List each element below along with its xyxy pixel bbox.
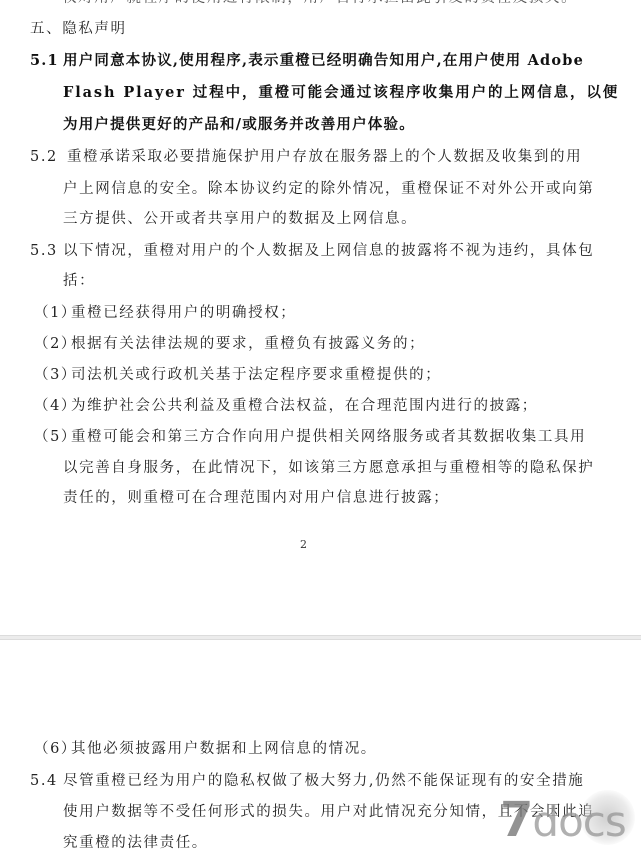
list-item-text: 为维护社会公共利益及重橙合法权益，在合理范围内进行的披露； <box>71 396 538 416</box>
cut-off-line: 权对用户就程序的使用进行限制，用户自行承担由此引发的责任及损失。 <box>62 0 577 8</box>
clause-number: 5.3 <box>30 241 58 261</box>
clause-number: 5.2 <box>30 147 58 167</box>
clause-text-line: 使用户数据等不受任何形式的损失。用户对此情况充分知情，且不会因此追 <box>63 802 594 822</box>
clause-number: 5.1 <box>30 51 59 71</box>
clause-text-line: 括： <box>63 271 95 291</box>
list-item-text: 根据有关法律法规的要求，重橙负有披露义务的； <box>71 334 425 354</box>
page-number: 2 <box>300 538 307 551</box>
document-page-2: （6） 其他必须披露用户数据和上网信息的情况。 5.4 尽管重橙已经为用户的隐私… <box>0 640 641 856</box>
list-item-text: 重橙可能会和第三方合作向用户提供相关网络服务或者其数据收集工具用 <box>71 427 586 447</box>
clause-text-line: Flash Player 过程中，重橙可能会通过该程序收集用户的上网信息，以便 <box>63 83 619 103</box>
list-item-text: 责任的，则重橙可在合理范围内对用户信息进行披露； <box>63 488 449 508</box>
list-item-text: 重橙已经获得用户的明确授权； <box>71 303 296 323</box>
list-item-text: 其他必须披露用户数据和上网信息的情况。 <box>71 739 377 759</box>
clause-text-line: 用户同意本协议,使用程序,表示重橙已经明确告知用户,在用户使用 Adobe <box>63 51 584 71</box>
document-page-1: 权对用户就程序的使用进行限制，用户自行承担由此引发的责任及损失。 五、隐私声明 … <box>0 0 641 635</box>
list-item-text: 以完善自身服务，在此情况下，如该第三方愿意承担与重橙相等的隐私保护 <box>63 458 594 478</box>
clause-text-line: 尽管重橙已经为用户的隐私权做了极大努力,仍然不能保证现有的安全措施 <box>63 771 584 791</box>
section-heading: 五、隐私声明 <box>30 19 127 39</box>
clause-text-line: 户上网信息的安全。除本协议约定的除外情况，重橙保证不对外公开或向第 <box>63 179 594 199</box>
clause-text-line: 以下情况，重橙对用户的个人数据及上网信息的披露将不视为违约，具体包 <box>63 241 594 261</box>
clause-text-line: 究重橙的法律责任。 <box>63 833 208 853</box>
list-item-text: 司法机关或行政机关基于法定程序要求重橙提供的； <box>71 365 441 385</box>
clause-text-line: 重橙承诺采取必要措施保护用户存放在服务器上的个人数据及收集到的用 <box>67 147 582 167</box>
clause-text-line: 三方提供、公开或者共享用户的数据及上网信息。 <box>63 209 417 229</box>
clause-text-line: 为用户提供更好的产品和/或服务并改善用户体验。 <box>63 115 415 135</box>
clause-number: 5.4 <box>30 771 58 791</box>
